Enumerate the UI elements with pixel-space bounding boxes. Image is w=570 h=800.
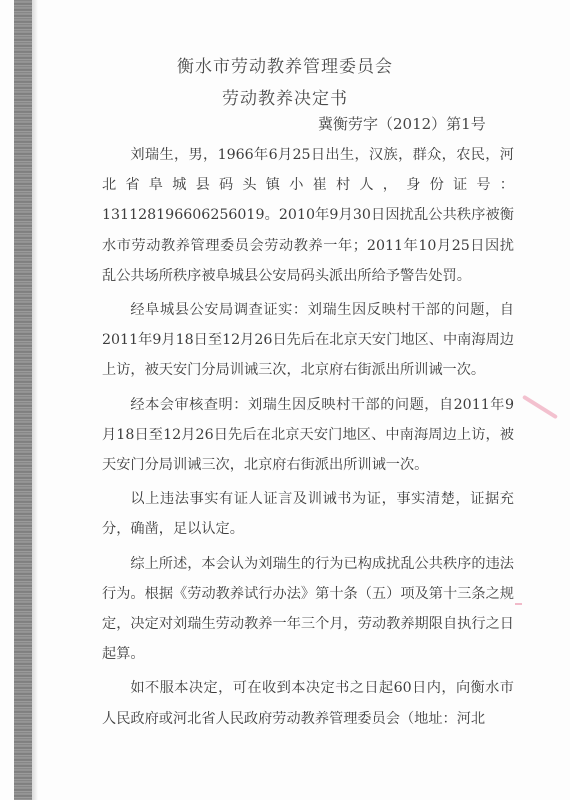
paragraph-committee-findings: 经本会审核查明：刘瑞生因反映村干部的问题，自2011年9月18日至12月26日先… bbox=[102, 390, 514, 481]
document-body: 刘瑞生，男，1966年6月25日出生，汉族，群众，农民，河北省阜城县码头镇小崔村… bbox=[102, 140, 514, 734]
paragraph-personal-info: 刘瑞生，男，1966年6月25日出生，汉族，群众，农民，河北省阜城县码头镇小崔村… bbox=[102, 140, 514, 291]
paragraph-evidence: 以上违法事实有证人证言及训诫书为证，事实清楚，证据充分，确凿，足以认定。 bbox=[102, 484, 514, 544]
red-stamp-dot bbox=[515, 603, 522, 605]
paragraph-decision: 综上所述，本会认为刘瑞生的行为已构成扰乱公共秩序的违法行为。根据《劳动教养试行办… bbox=[102, 549, 514, 670]
scan-binding-shadow bbox=[14, 0, 32, 800]
paragraph-police-findings: 经阜城县公安局调查证实：刘瑞生因反映村干部的问题，自2011年9月18日至12月… bbox=[102, 295, 514, 386]
issuer-heading: 衡水市劳动教养管理委员会 bbox=[0, 52, 570, 77]
scanned-document-page: 衡水市劳动教养管理委员会 劳动教养决定书 冀衡劳字（2012）第1号 刘瑞生，男… bbox=[0, 0, 570, 800]
document-title: 劳动教养决定书 bbox=[0, 84, 570, 109]
reference-number: 冀衡劳字（2012）第1号 bbox=[318, 113, 486, 134]
paragraph-appeal: 如不服本决定，可在收到本决定书之日起60日内，向衡水市人民政府或河北省人民政府劳… bbox=[102, 673, 514, 733]
red-stamp-mark bbox=[522, 395, 558, 420]
